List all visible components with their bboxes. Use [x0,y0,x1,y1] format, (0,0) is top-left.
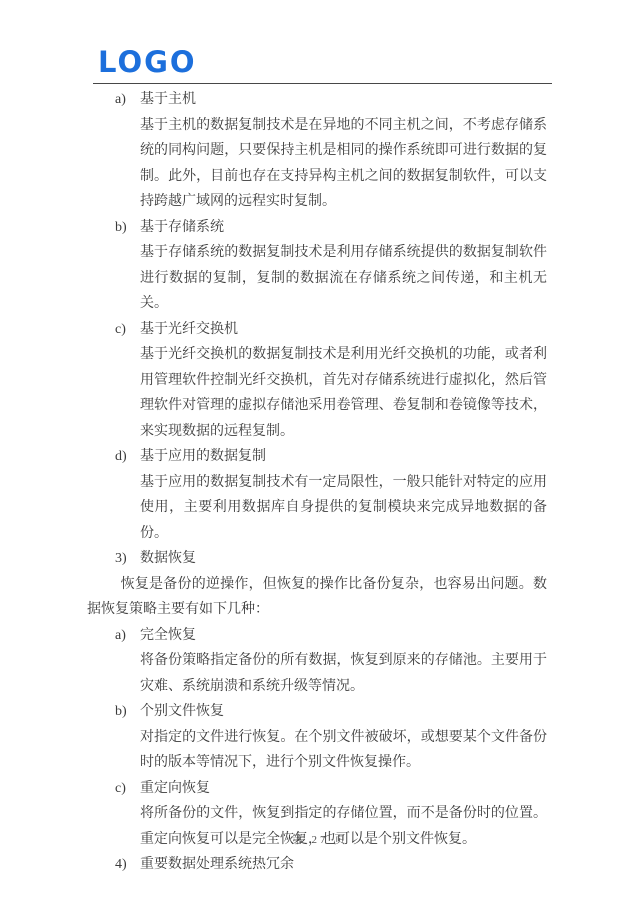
list-item-body: 基于主机的数据复制技术是在异地的不同主机之间，不考虑存储系统的同构问题，只要保持… [140,113,547,215]
list-item: 恢复是备份的逆操作，但恢复的操作比备份复杂，也容易出问题。数据恢复策略主要有如下… [93,572,552,623]
list-item: 4)重要数据处理系统热冗余 [93,852,552,878]
list-item-title: 个别文件恢复 [140,699,552,725]
list-item-head: 3)数据恢复 [93,546,552,572]
list-item: b)个别文件恢复对指定的文件进行恢复。在个别文件被破坏，或想要某个文件备份时的版… [93,699,552,776]
list-item-body: 基于存储系统的数据复制技术是利用存储系统提供的数据复制软件进行数据的复制，复制的… [140,240,547,317]
list-item-title: 重定向恢复 [140,776,552,802]
list-item-head: b)基于存储系统 [93,215,552,241]
logo: LOGO [98,47,197,78]
page-header: LOGO [0,0,640,84]
list-item-body: 将备份策略指定备份的所有数据，恢复到原来的存储池。主要用于灾难、系统崩溃和系统升… [140,648,547,699]
list-item-marker: 4) [115,852,140,878]
list-item-title: 基于主机 [140,87,552,113]
list-item-marker: c) [115,317,140,343]
list-item-marker: a) [115,623,140,649]
list-item-title: 完全恢复 [140,623,552,649]
list-item-body: 基于光纤交换机的数据复制技术是利用光纤交换机的功能，或者利用管理软件控制光纤交换… [140,342,547,444]
page-number: 第 27 页 [292,834,349,846]
list-item: 3)数据恢复 [93,546,552,572]
list-item-head: c)重定向恢复 [93,776,552,802]
header-divider [93,83,552,84]
page-footer: 第 27 页 [0,831,640,847]
list-item-body: 对指定的文件进行恢复。在个别文件被破坏，或想要某个文件备份时的版本等情况下，进行… [140,725,547,776]
list-item-head: a)基于主机 [93,87,552,113]
list-item-head: a)完全恢复 [93,623,552,649]
list-item-head: d)基于应用的数据复制 [93,444,552,470]
list-item-marker: a) [115,87,140,113]
list-item-head: 4)重要数据处理系统热冗余 [93,852,552,878]
document-page: LOGO a)基于主机基于主机的数据复制技术是在异地的不同主机之间，不考虑存储系… [0,0,640,906]
list-item-title: 数据恢复 [140,546,552,572]
list-item: c)基于光纤交换机基于光纤交换机的数据复制技术是利用光纤交换机的功能，或者利用管… [93,317,552,445]
list-item-head: b)个别文件恢复 [93,699,552,725]
list-item: d)基于应用的数据复制基于应用的数据复制技术有一定局限性，一般只能针对特定的应用… [93,444,552,546]
document-body: a)基于主机基于主机的数据复制技术是在异地的不同主机之间，不考虑存储系统的同构问… [93,87,552,878]
list-item-body: 基于应用的数据复制技术有一定局限性，一般只能针对特定的应用使用，主要利用数据库自… [140,470,547,547]
list-item-title: 基于应用的数据复制 [140,444,552,470]
list-item: b)基于存储系统基于存储系统的数据复制技术是利用存储系统提供的数据复制软件进行数… [93,215,552,317]
list-item-title: 基于存储系统 [140,215,552,241]
list-item-marker: c) [115,776,140,802]
list-item-title: 基于光纤交换机 [140,317,552,343]
list-item-body: 恢复是备份的逆操作，但恢复的操作比备份复杂，也容易出问题。数据恢复策略主要有如下… [87,572,547,623]
list-item-title: 重要数据处理系统热冗余 [140,852,552,878]
list-item: a)完全恢复将备份策略指定备份的所有数据，恢复到原来的存储池。主要用于灾难、系统… [93,623,552,700]
list-item-head: c)基于光纤交换机 [93,317,552,343]
list-item-marker: b) [115,699,140,725]
list-item: a)基于主机基于主机的数据复制技术是在异地的不同主机之间，不考虑存储系统的同构问… [93,87,552,215]
list-item-marker: 3) [115,546,140,572]
list-item-marker: b) [115,215,140,241]
list-item-marker: d) [115,444,140,470]
